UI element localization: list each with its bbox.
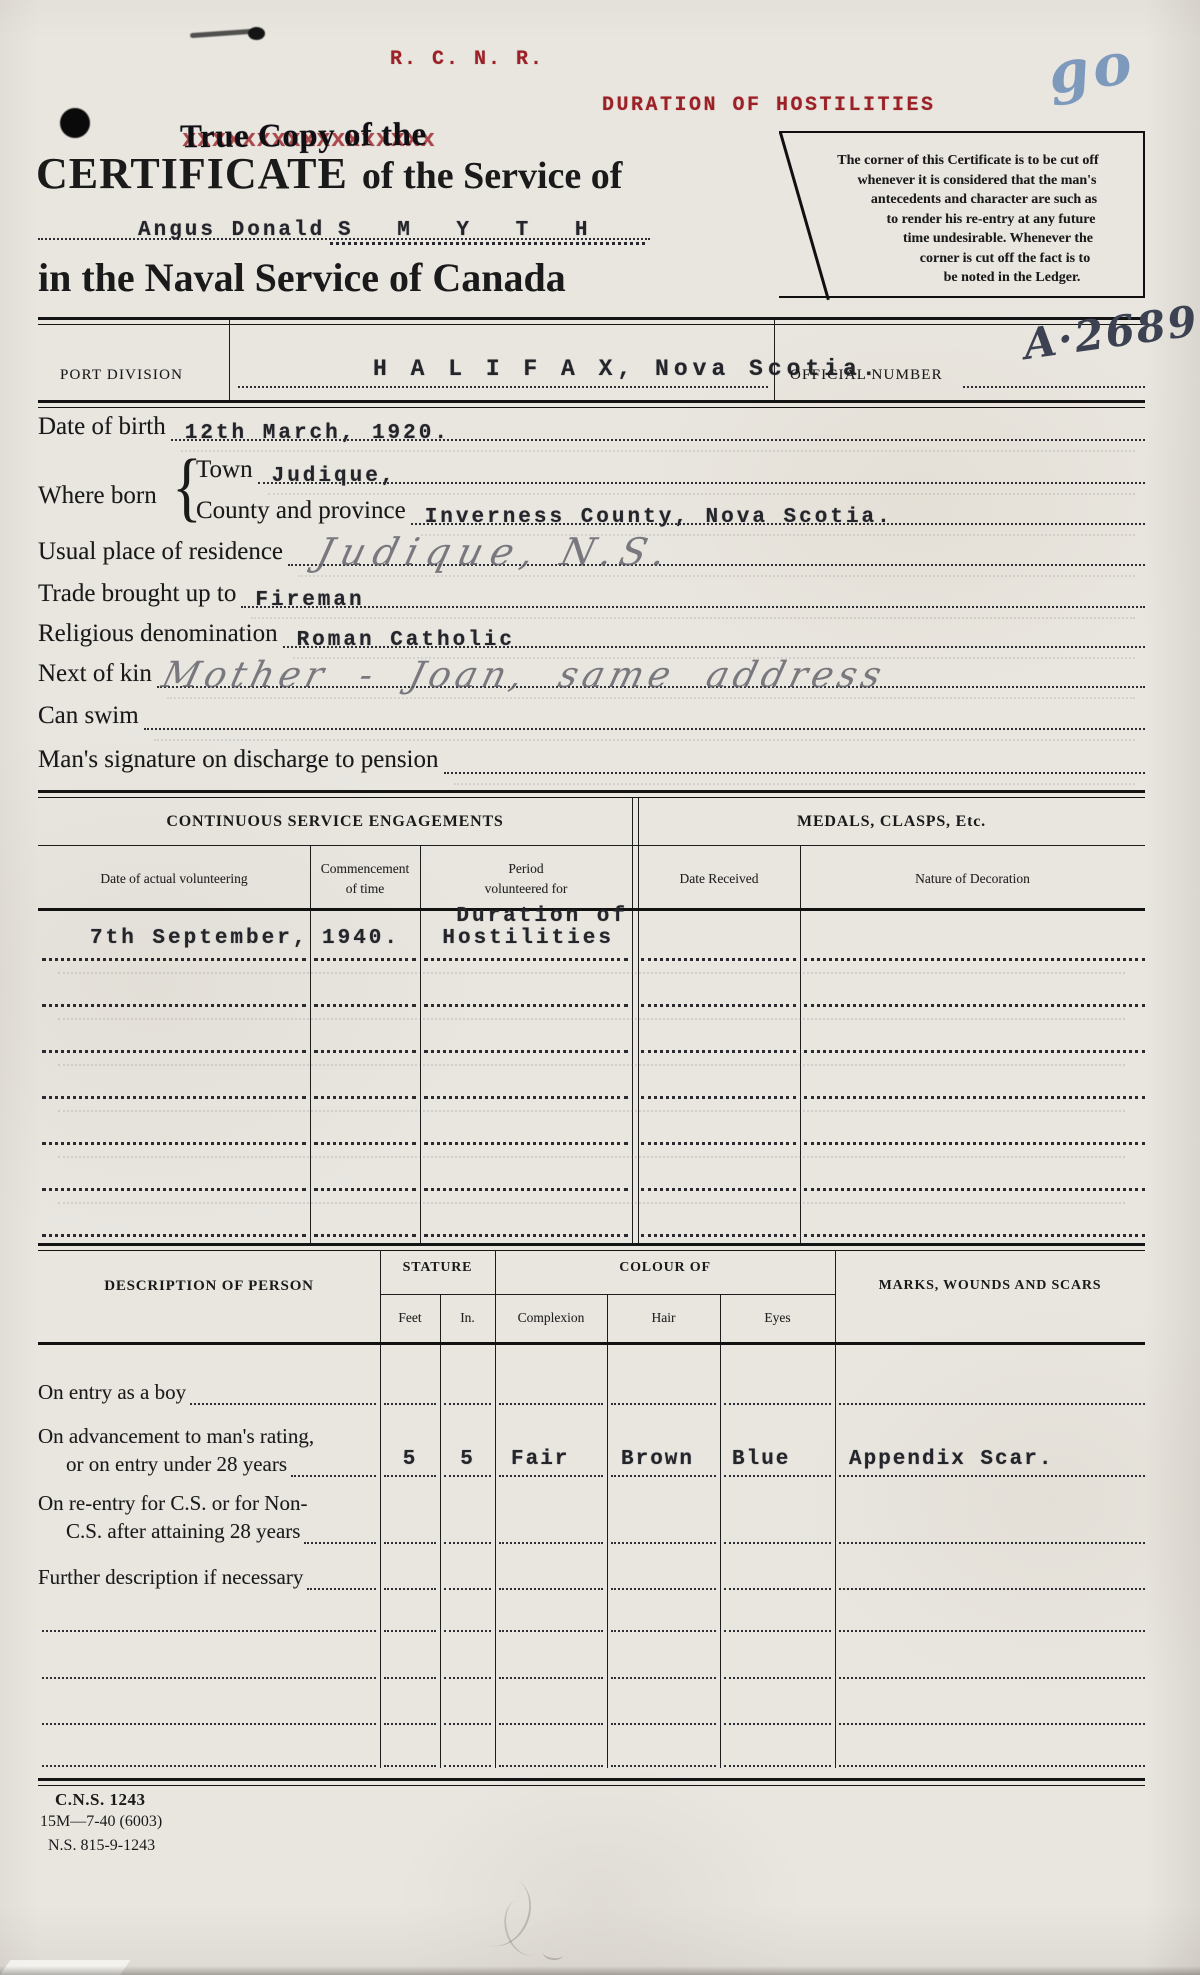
field-line: Roman Catholic <box>283 646 1145 648</box>
field-label: Can swim <box>38 702 139 730</box>
complexion-header: Complexion <box>495 1308 607 1328</box>
row-line <box>611 1630 716 1632</box>
row-line <box>424 1234 628 1237</box>
column-header-line: Commencement <box>310 859 420 879</box>
field-label: County and province <box>196 497 406 525</box>
column-header-volunteering: Date of actual volunteering <box>38 869 310 889</box>
row-line <box>444 1723 491 1725</box>
row-line <box>611 1475 716 1477</box>
leader-dots <box>304 1542 376 1544</box>
row-line <box>444 1588 491 1590</box>
row-line <box>42 1723 376 1725</box>
row-line <box>384 1403 436 1405</box>
row-line <box>424 1004 628 1007</box>
header-rule <box>38 1342 1145 1345</box>
field-line <box>444 772 1145 774</box>
row-line <box>42 1050 306 1053</box>
official-number-label: OFFICIAL NUMBER <box>790 367 943 384</box>
field-line: 12th March, 1920. <box>171 439 1145 441</box>
section-rule <box>38 400 1145 408</box>
row-line <box>424 1050 628 1053</box>
notice-line: antecedents and character are such as <box>837 190 1131 210</box>
service-member-surname: S M Y T H <box>338 219 604 242</box>
port-division-label: PORT DIVISION <box>60 367 183 384</box>
row-line <box>424 1188 628 1191</box>
description-row-label: or on entry under 28 years <box>38 1449 376 1477</box>
hair-value: Brown <box>611 1448 726 1471</box>
row-line <box>444 1765 491 1767</box>
notice-line: whenever it is considered that the man's <box>823 171 1131 191</box>
description-title: DESCRIPTION OF PERSON <box>38 1278 380 1295</box>
field-label: Usual place of residence <box>38 538 283 566</box>
row-label-text: C.S. after attaining 28 years <box>66 1519 300 1544</box>
field-line: Fireman <box>241 606 1145 608</box>
row-line <box>611 1588 716 1590</box>
row-line <box>804 1096 1145 1099</box>
commencement-value: 1940. <box>322 927 400 950</box>
row-line <box>839 1765 1145 1767</box>
field-label: Religious denomination <box>38 620 278 648</box>
row-line <box>804 1234 1145 1237</box>
colour-of-group-header: COLOUR OF <box>495 1260 835 1276</box>
row-line <box>424 1096 628 1099</box>
residence-handwritten-value: Judique, N.S. <box>313 530 679 574</box>
table-section-divider <box>638 797 639 1243</box>
row-line <box>724 1765 831 1767</box>
surname-heavy-underline <box>330 242 645 245</box>
field-town: Town Judique, <box>196 452 1145 484</box>
row-line <box>444 1677 491 1679</box>
row-label-text: or on entry under 28 years <box>66 1452 287 1477</box>
feet-header: Feet <box>380 1308 440 1328</box>
row-line <box>314 958 416 961</box>
row-line <box>42 1142 306 1145</box>
row-line <box>444 1630 491 1632</box>
row-label-line1: On advancement to man's rating, <box>38 1424 314 1449</box>
row-line <box>314 1234 416 1237</box>
period-value-line2: Hostilities <box>426 927 614 950</box>
field-label: Next of kin <box>38 660 152 688</box>
row-line <box>839 1588 1145 1590</box>
certificate-document: R. C. N. R. DURATION OF HOSTILITIES go x… <box>0 0 1200 1975</box>
row-line <box>724 1475 831 1477</box>
eyes-value: Blue <box>724 1448 839 1471</box>
certificate-word: CERTIFICATE <box>36 149 348 198</box>
complexion-value: Fair <box>499 1448 615 1471</box>
column-header-period: Period volunteered for <box>420 859 632 899</box>
row-line <box>641 1142 796 1145</box>
column-header-nature: Nature of Decoration <box>800 869 1145 889</box>
row-line <box>444 1403 491 1405</box>
inches-header: In. <box>440 1308 495 1328</box>
description-row-label: On entry as a boy <box>38 1377 376 1405</box>
leader-dots <box>307 1588 376 1590</box>
row-label-text: On entry as a boy <box>38 1380 186 1405</box>
column-header-commencement: Commencement of time <box>310 859 420 899</box>
field-line <box>144 728 1145 730</box>
row-line <box>611 1723 716 1725</box>
row-line <box>611 1677 716 1679</box>
ghost-line <box>58 1156 1125 1158</box>
field-line: Judique, <box>258 482 1145 484</box>
row-line <box>839 1630 1145 1632</box>
row-line <box>384 1542 436 1544</box>
row-line <box>724 1588 831 1590</box>
row-line <box>314 1050 416 1053</box>
description-row-label: C.S. after attaining 28 years <box>38 1516 376 1544</box>
field-date-of-birth: Date of birth 12th March, 1920. <box>38 409 1145 441</box>
title-underline <box>38 845 1145 846</box>
certificate-title: CERTIFICATE of the Service of <box>36 148 622 199</box>
duration-of-hostilities-stamp: DURATION OF HOSTILITIES <box>602 94 936 117</box>
row-line <box>384 1588 436 1590</box>
row-line <box>724 1403 831 1405</box>
row-label-line1: On re-entry for C.S. or for Non- <box>38 1491 307 1516</box>
marks-wounds-header: MARKS, WOUNDS AND SCARS <box>835 1278 1145 1294</box>
row-line <box>424 958 628 961</box>
service-engagements-table: CONTINUOUS SERVICE ENGAGEMENTS MEDALS, C… <box>38 797 1145 1243</box>
leader-dots <box>190 1403 376 1405</box>
row-line <box>641 958 796 961</box>
row-line <box>499 1630 603 1632</box>
blue-crayon-mark: go <box>1044 28 1140 107</box>
hair-header: Hair <box>607 1308 720 1328</box>
corps-stamp: R. C. N. R. <box>390 48 544 71</box>
service-member-first-names: Angus Donald <box>138 219 325 242</box>
period-value-line1: Duration of <box>426 905 628 928</box>
row-line <box>804 1188 1145 1191</box>
column-line <box>800 845 801 1243</box>
ghost-line <box>58 1018 1125 1020</box>
row-line <box>314 1004 416 1007</box>
town-value: Judique, <box>272 465 397 488</box>
form-number-ns: N.S. 815-9-1243 <box>48 1837 155 1855</box>
row-line <box>314 1096 416 1099</box>
row-line <box>839 1403 1145 1405</box>
continuous-service-title: CONTINUOUS SERVICE ENGAGEMENTS <box>38 813 632 831</box>
subtitle-naval-service: in the Naval Service of Canada <box>38 254 566 301</box>
row-line <box>724 1542 831 1544</box>
column-line <box>440 1294 441 1768</box>
description-row-label: Further description if necessary <box>38 1562 376 1590</box>
field-next-of-kin: Next of kin Mother - Joan, same address <box>38 656 1145 688</box>
table-section-divider <box>632 797 633 1243</box>
row-line <box>499 1542 603 1544</box>
marks-value: Appendix Scar. <box>839 1448 1145 1471</box>
row-line <box>641 1188 796 1191</box>
row-line <box>499 1723 603 1725</box>
field-label: Date of birth <box>38 413 166 441</box>
notice-line: be noted in the Ledger. <box>893 268 1131 288</box>
field-line: Judique, N.S. <box>288 564 1145 566</box>
pencil-mark <box>542 1947 563 1962</box>
feet-value: 5 <box>380 1448 440 1471</box>
group-underline <box>380 1294 835 1295</box>
row-line <box>804 1050 1145 1053</box>
ghost-line <box>58 1110 1125 1112</box>
row-line <box>839 1542 1145 1544</box>
row-line <box>499 1765 603 1767</box>
leader-dots <box>291 1475 376 1477</box>
eyes-header: Eyes <box>720 1308 835 1328</box>
row-line <box>384 1723 436 1725</box>
inches-value: 5 <box>440 1448 495 1471</box>
row-line <box>42 958 306 961</box>
row-line <box>42 1677 376 1679</box>
row-line <box>804 1142 1145 1145</box>
column-line <box>607 1294 608 1768</box>
field-trade: Trade brought up to Fireman <box>38 576 1145 608</box>
row-line <box>384 1765 436 1767</box>
column-line <box>720 1294 721 1768</box>
where-born-label: Where born <box>38 482 157 510</box>
row-line <box>641 1234 796 1237</box>
row-line <box>641 1096 796 1099</box>
ink-smudge <box>190 29 252 38</box>
row-line <box>384 1475 436 1477</box>
row-line <box>314 1188 416 1191</box>
row-line <box>641 1004 796 1007</box>
row-line <box>314 1142 416 1145</box>
row-line <box>42 1234 306 1237</box>
row-line <box>499 1403 603 1405</box>
row-line <box>724 1630 831 1632</box>
row-line <box>444 1542 491 1544</box>
medals-clasps-title: MEDALS, CLASPS, Etc. <box>638 813 1145 831</box>
notice-line: time undesirable. Whenever the <box>865 229 1131 249</box>
field-county-province: County and province Inverness County, No… <box>196 493 1145 525</box>
hole-punch <box>60 108 90 138</box>
cut-corner-notice-box: The corner of this Certificate is to be … <box>779 131 1145 298</box>
row-line <box>42 1188 306 1191</box>
volunteering-date-value: 7th September, <box>90 927 308 950</box>
row-line <box>641 1050 796 1053</box>
row-line <box>804 1004 1145 1007</box>
column-line <box>310 845 311 1243</box>
field-line: Inverness County, Nova Scotia. <box>411 523 1145 525</box>
field-pension-signature: Man's signature on discharge to pension <box>38 742 1145 774</box>
ink-smudge-blob <box>248 27 265 40</box>
column-line <box>420 845 421 1243</box>
row-line <box>42 1096 306 1099</box>
field-can-swim: Can swim <box>38 698 1145 730</box>
row-line <box>424 1142 628 1145</box>
name-line: Angus Donald S M Y T H <box>38 206 650 240</box>
county-province-value: Inverness County, Nova Scotia. <box>425 506 893 529</box>
form-number-cns: C.N.S. 1243 <box>55 1790 146 1810</box>
column-header-date-received: Date Received <box>638 869 800 889</box>
row-line <box>804 958 1145 961</box>
field-religion: Religious denomination Roman Catholic <box>38 616 1145 648</box>
row-line <box>42 1004 306 1007</box>
column-line <box>835 1250 836 1768</box>
row-line <box>499 1588 603 1590</box>
field-label: Trade brought up to <box>38 580 236 608</box>
notice-line: to render his re-entry at any future <box>851 210 1131 230</box>
field-label: Man's signature on discharge to pension <box>38 746 439 774</box>
religion-value: Roman Catholic <box>297 629 515 652</box>
notice-line: The corner of this Certificate is to be … <box>805 151 1131 171</box>
row-line <box>611 1765 716 1767</box>
row-line <box>724 1723 831 1725</box>
stature-group-header: STATURE <box>380 1260 495 1276</box>
date-of-birth-value: 12th March, 1920. <box>185 422 450 445</box>
row-line <box>611 1542 716 1544</box>
port-divider-line <box>229 320 230 400</box>
ghost-line <box>58 1202 1125 1204</box>
notice-line: corner is cut off the fact is to <box>879 249 1131 269</box>
row-label-text: Further description if necessary <box>38 1565 303 1590</box>
row-line <box>499 1475 603 1477</box>
port-division-row: PORT DIVISION H A L I F A X, Nova Scotia… <box>38 320 1145 400</box>
row-line <box>42 1765 376 1767</box>
row-line <box>839 1677 1145 1679</box>
row-line <box>839 1475 1145 1477</box>
trade-value: Fireman <box>255 589 364 612</box>
row-line <box>444 1475 491 1477</box>
field-residence: Usual place of residence Judique, N.S. <box>38 534 1145 566</box>
row-line <box>42 1630 376 1632</box>
row-line <box>724 1677 831 1679</box>
certificate-rest: of the Service of <box>362 155 623 197</box>
section-rule <box>38 1778 1145 1786</box>
description-of-person-table: DESCRIPTION OF PERSON STATURE COLOUR OF … <box>38 1250 1145 1768</box>
column-header-line: Period <box>420 859 632 879</box>
next-of-kin-handwritten-value: Mother - Joan, same address <box>158 655 890 696</box>
row-line <box>384 1630 436 1632</box>
field-line: Mother - Joan, same address <box>157 686 1145 688</box>
row-line <box>839 1723 1145 1725</box>
form-number-print-run: 15M—7-40 (6003) <box>40 1813 162 1831</box>
column-header-line: of time <box>310 879 420 899</box>
row-line <box>384 1677 436 1679</box>
ghost-line <box>58 1064 1125 1066</box>
row-line <box>499 1677 603 1679</box>
column-header-line: volunteered for <box>420 879 632 899</box>
row-line <box>611 1403 716 1405</box>
scan-edge-shadow <box>0 1966 1200 1975</box>
ghost-line <box>58 972 1125 974</box>
field-label: Town <box>196 456 253 484</box>
